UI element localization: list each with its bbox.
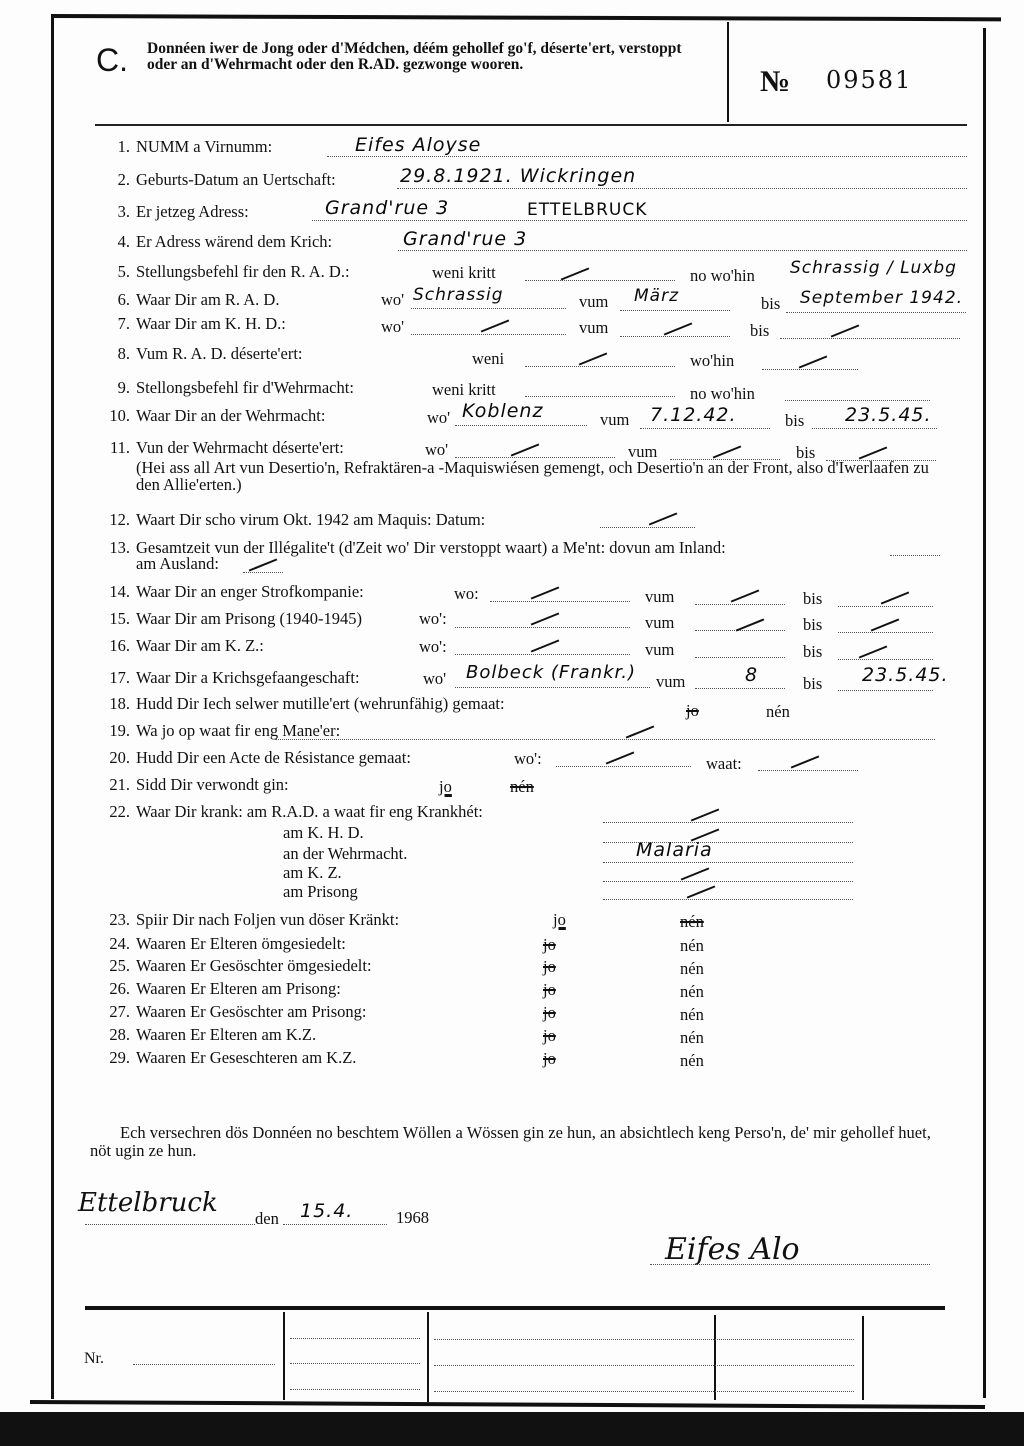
dash-mark — [606, 751, 635, 764]
dash-mark — [687, 885, 716, 898]
dash-mark — [881, 591, 910, 604]
rad-destination-value[interactable]: Schrassig / Luxbg — [790, 258, 957, 278]
desertion-note: (Hei ass all Art vun Desertio'n, Refrakt… — [136, 459, 941, 493]
nr-fill-line[interactable] — [133, 1364, 275, 1365]
frame-border-bottom — [30, 1400, 985, 1409]
option-no[interactable]: nén — [680, 982, 704, 1002]
address-town-value[interactable]: ETTELBRUCK — [527, 200, 647, 220]
field-5: 5.Stellungsbefehl fir den R. A. D.: — [96, 262, 350, 282]
footer-divider — [862, 1316, 864, 1400]
option-yes[interactable]: jo — [543, 1003, 556, 1023]
field-28: 28.Waaren Er Elteren am K.Z. — [96, 1025, 316, 1045]
war-address-value[interactable]: Grand'rue 3 — [403, 228, 527, 250]
fill-line — [838, 606, 933, 607]
sub-label: am K. Z. — [283, 863, 342, 883]
pow-to-value[interactable]: 23.5.45. — [862, 664, 949, 686]
fill-line — [398, 250, 967, 251]
dash-mark — [481, 319, 510, 332]
footer-rule — [85, 1306, 945, 1310]
field-7: 7.Waar Dir am K. H. D.: — [96, 314, 286, 334]
field-14: 14.Waar Dir an enger Strofkompanie: — [96, 582, 364, 602]
footer-divider — [283, 1312, 285, 1400]
option-no[interactable]: nén — [766, 702, 790, 722]
scan-edge — [0, 1412, 1024, 1446]
dash-mark — [859, 645, 888, 658]
frame-border-right — [983, 28, 986, 1398]
declaration-text: Ech versechren dös Donnéen no beschtem W… — [90, 1124, 935, 1160]
place-value[interactable]: Ettelbruck — [78, 1188, 218, 1218]
dash-mark — [691, 808, 720, 821]
fill-line[interactable] — [434, 1339, 854, 1340]
field-20: 20.Hudd Dir een Acte de Résistance gemaa… — [96, 748, 411, 768]
option-no[interactable]: nén — [680, 1051, 704, 1071]
fill-line[interactable] — [290, 1363, 420, 1364]
fill-line — [525, 280, 675, 281]
fill-line — [780, 338, 960, 339]
fill-line — [890, 555, 940, 556]
field-26: 26.Waaren Er Elteren am Prisong: — [96, 979, 341, 999]
fill-line — [640, 428, 770, 429]
field-2: 2.Geburts-Datum an Uertschaft: — [96, 170, 336, 190]
date-value[interactable]: 15.4. — [300, 1200, 353, 1222]
field-17: 17.Waar Dir a Krichsgefaangeschaft: — [96, 668, 360, 688]
sub-label: an der Wehrmacht. — [283, 844, 407, 864]
sub-label: am K. H. D. — [283, 823, 364, 843]
fill-line — [695, 657, 785, 658]
fill-line — [243, 572, 283, 573]
fill-line — [455, 627, 630, 628]
fill-line — [411, 334, 566, 335]
fill-line — [312, 220, 967, 221]
option-no[interactable]: nén — [510, 777, 534, 797]
dash-mark — [831, 324, 860, 337]
fill-line — [397, 188, 967, 189]
option-no[interactable]: nén — [680, 1028, 704, 1048]
document-page: C. Donnéen iwer de Jong oder d'Médchen, … — [0, 0, 1024, 1446]
footer-divider — [427, 1312, 429, 1402]
option-no[interactable]: nén — [680, 912, 704, 932]
fill-line[interactable] — [434, 1365, 854, 1366]
header-rule — [95, 124, 967, 126]
number-sign: № — [760, 65, 790, 99]
fill-line — [525, 366, 675, 367]
field-29: 29.Waaren Er Geseschteren am K.Z. — [96, 1048, 356, 1068]
option-yes[interactable]: jo — [543, 935, 556, 955]
fill-line[interactable] — [290, 1389, 420, 1390]
fill-line — [603, 862, 853, 863]
dash-mark — [531, 612, 560, 625]
option-yes[interactable]: jo — [439, 777, 452, 797]
field-27: 27.Waaren Er Gesöschter am Prisong: — [96, 1002, 367, 1022]
option-yes[interactable]: jo — [543, 1049, 556, 1069]
fill-line[interactable] — [290, 1338, 420, 1339]
address-value[interactable]: Grand'rue 3 — [325, 197, 449, 219]
pow-where-value[interactable]: Bolbeck (Frankr.) — [466, 662, 636, 683]
footer-nr-label: Nr. — [84, 1350, 104, 1368]
form-number: 09581 — [826, 66, 912, 94]
dash-mark — [799, 355, 828, 368]
dash-mark — [713, 445, 742, 458]
fill-line — [327, 156, 967, 157]
fill-line — [620, 336, 730, 337]
dash-mark — [731, 589, 760, 602]
fill-line — [812, 428, 937, 429]
fill-line — [411, 308, 566, 309]
fill-line — [275, 739, 935, 740]
fill-line — [838, 659, 933, 660]
rad-to-value[interactable]: September 1942. — [800, 288, 963, 308]
dash-mark — [664, 322, 693, 335]
fill-line — [603, 881, 853, 882]
field-1: 1.NUMM a Virnumm: — [96, 137, 272, 157]
fill-line — [695, 688, 785, 689]
field-25: 25.Waaren Er Gesöschter ömgesiedelt: — [96, 956, 372, 976]
fill-line — [85, 1224, 255, 1225]
field-8: 8.Vum R. A. D. déserte'ert: — [96, 344, 303, 364]
fill-line — [762, 369, 858, 370]
dash-mark — [511, 443, 540, 456]
fill-line — [838, 632, 933, 633]
dash-mark — [531, 586, 560, 599]
fill-line — [455, 654, 630, 655]
fill-line — [695, 604, 785, 605]
pow-from-value[interactable]: 8 — [745, 664, 758, 686]
field-18: 18.Hudd Dir Iech selwer mutille'ert (weh… — [96, 694, 505, 714]
footer-divider — [714, 1315, 716, 1400]
field-4: 4.Er Adress wärend dem Krich: — [96, 232, 332, 252]
field-23: 23.Spiir Dir nach Foljen vun döser Kränk… — [96, 910, 399, 930]
fill-line — [620, 310, 730, 311]
dash-mark — [791, 755, 820, 768]
fill-line — [838, 690, 933, 691]
option-yes[interactable]: jo — [543, 980, 556, 1000]
field-22: 22.Waar Dir krank: am R.A.D. a waat fir … — [96, 802, 483, 822]
birth-value[interactable]: 29.8.1921. Wickringen — [400, 165, 636, 187]
sub-label: am Prisong — [283, 882, 358, 902]
field-11: 11.Vun der Wehrmacht déserte'ert: — [96, 438, 344, 458]
illness-wehrmacht-value[interactable]: Malaria — [636, 839, 713, 861]
dash-mark — [649, 512, 678, 525]
rad-from-value[interactable]: März — [634, 286, 679, 306]
option-no[interactable]: nén — [680, 1005, 704, 1025]
dash-mark — [579, 352, 608, 365]
dash-mark — [249, 558, 278, 571]
field-9: 9.Stellongsbefehl fir d'Wehrmacht: — [96, 378, 354, 398]
fill-line — [600, 527, 695, 528]
fill-line — [603, 822, 853, 823]
field-10: 10.Waar Dir an der Wehrmacht: — [96, 406, 325, 426]
field-19: 19.Wa jo op waat fir eng Mane'er: — [96, 721, 340, 741]
fill-line[interactable] — [434, 1391, 854, 1392]
signature[interactable]: Eifes Alo — [665, 1232, 800, 1267]
section-letter: C. — [96, 42, 128, 79]
name-value[interactable]: Eifes Aloyse — [355, 134, 481, 156]
field-3: 3.Er jetzeg Adress: — [96, 202, 249, 222]
fill-line — [455, 425, 587, 426]
fill-line — [695, 630, 785, 631]
rad-where-value[interactable]: Schrassig — [413, 285, 504, 305]
year-value: 1968 — [396, 1208, 429, 1228]
fill-line — [785, 400, 930, 401]
option-no[interactable]: nén — [680, 959, 704, 979]
field-6: 6.Waar Dir am R. A. D. — [96, 290, 279, 310]
header-divider — [727, 22, 729, 122]
fill-line — [556, 766, 691, 767]
fill-line — [455, 687, 650, 688]
option-yes[interactable]: jo — [553, 910, 566, 930]
field-15: 15.Waar Dir am Prisong (1940-1945) — [96, 609, 362, 629]
form-title: Donnéen iwer de Jong oder d'Médchen, déé… — [147, 41, 707, 73]
dash-mark — [531, 639, 560, 652]
option-yes[interactable]: jo — [543, 957, 556, 977]
dash-mark — [681, 867, 710, 880]
option-no[interactable]: nén — [680, 936, 704, 956]
field-16: 16.Waar Dir am K. Z.: — [96, 636, 264, 656]
option-yes[interactable]: jo — [543, 1026, 556, 1046]
field-24: 24.Waaren Er Elteren ömgesiedelt: — [96, 934, 346, 954]
frame-border-top — [51, 14, 1001, 21]
frame-border-left — [51, 14, 54, 1399]
dash-mark — [871, 618, 900, 631]
fill-line — [603, 899, 853, 900]
wehrmacht-to-value[interactable]: 23.5.45. — [845, 404, 932, 426]
wehrmacht-where-value[interactable]: Koblenz — [462, 400, 543, 422]
field-12: 12.Waart Dir scho virum Okt. 1942 am Maq… — [96, 510, 485, 530]
fill-line — [758, 770, 858, 771]
fill-line — [525, 396, 675, 397]
option-yes[interactable]: jo — [686, 701, 699, 721]
dash-mark — [626, 725, 655, 738]
fill-line — [283, 1224, 387, 1225]
wehrmacht-from-value[interactable]: 7.12.42. — [650, 404, 737, 426]
field-21: 21.Sidd Dir verwondt gin: — [96, 775, 289, 795]
fill-line — [490, 601, 630, 602]
field-label: NUMM a Virnumm: — [136, 137, 272, 156]
dash-mark — [561, 267, 590, 280]
fill-line — [786, 312, 966, 313]
